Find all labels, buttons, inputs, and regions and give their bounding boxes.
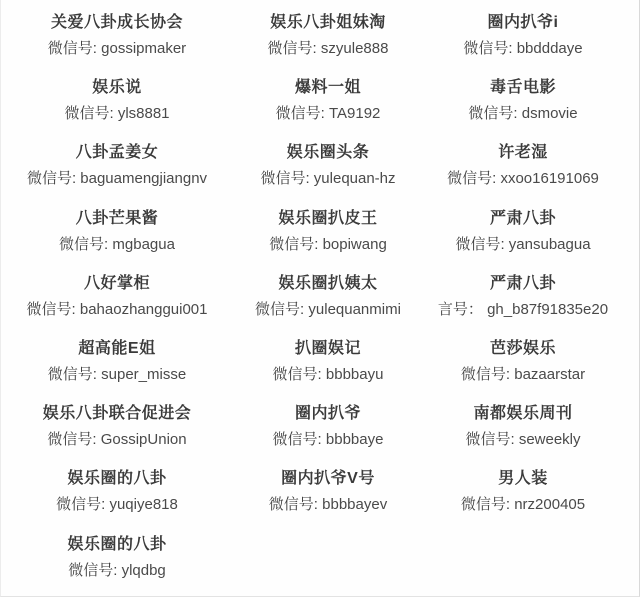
- account-name: 娱乐说: [1, 75, 233, 100]
- account-name: 南都娱乐周刊: [423, 401, 623, 426]
- account-entry: 八好掌柜微信号: bahaozhanggui001: [1, 271, 233, 336]
- wechat-label: 微信号:: [461, 496, 514, 513]
- account-wechat-line: 微信号: baguamengjiangnv: [1, 165, 233, 192]
- wechat-id-value: yls8881: [118, 105, 170, 122]
- account-wechat-line: 微信号: yulequan-hz: [233, 165, 423, 192]
- account-wechat-line: 微信号: TA9192: [233, 100, 423, 127]
- account-wechat-line: 微信号: nrz200405: [423, 491, 623, 518]
- account-entry: 许老湿微信号: xxoo16191069: [423, 140, 623, 205]
- wechat-label: 微信号:: [276, 105, 329, 122]
- wechat-id-value: GossipUnion: [101, 431, 187, 448]
- account-entry: 娱乐八卦联合促进会微信号: GossipUnion: [1, 401, 233, 466]
- wechat-id-value: seweekly: [519, 431, 581, 448]
- wechat-id-value: gossipmaker: [101, 40, 186, 57]
- wechat-label: 微信号:: [64, 105, 117, 122]
- account-wechat-line: 微信号: szyule888: [233, 35, 423, 62]
- wechat-id-value: super_misse: [101, 366, 186, 383]
- account-entry: 严肃八卦微信号: yansubagua: [423, 206, 623, 271]
- account-name: 娱乐圈的八卦: [1, 466, 233, 491]
- wechat-label: 微信号:: [273, 431, 326, 448]
- accounts-column-1: 关爱八卦成长协会微信号: gossipmaker娱乐说微信号: yls8881八…: [1, 10, 233, 597]
- account-name: 爆料一姐: [233, 75, 423, 100]
- account-entry: 圈内扒爷微信号: bbbbaye: [233, 401, 423, 466]
- account-wechat-line: 微信号: bbbbayev: [233, 491, 423, 518]
- account-wechat-line: 微信号: bbbbayu: [233, 361, 423, 388]
- wechat-id-value: bazaarstar: [514, 366, 585, 383]
- account-wechat-line: 微信号: dsmovie: [423, 100, 623, 127]
- account-entry: 娱乐圈扒姨太微信号: yulequanmimi: [233, 271, 423, 336]
- account-entry: 八卦芒果酱微信号: mgbagua: [1, 206, 233, 271]
- account-wechat-line: 微信号: yuqiye818: [1, 491, 233, 518]
- account-name: 八卦孟姜女: [1, 140, 233, 165]
- wechat-label: 微信号:: [255, 301, 308, 318]
- wechat-label: 微信号:: [48, 40, 101, 57]
- wechat-id-value: yulequan-hz: [314, 170, 396, 187]
- account-entry: 爆料一姐微信号: TA9192: [233, 75, 423, 140]
- wechat-id-value: bbdddaye: [517, 40, 583, 57]
- account-name: 严肃八卦: [423, 271, 623, 296]
- account-wechat-line: 微信号: xxoo16191069: [423, 165, 623, 192]
- wechat-label: 微信号:: [27, 170, 80, 187]
- account-entry: 芭莎娱乐微信号: bazaarstar: [423, 336, 623, 401]
- account-entry: 娱乐圈的八卦微信号: yuqiye818: [1, 466, 233, 531]
- wechat-id-value: yansubagua: [509, 236, 591, 253]
- account-name: 芭莎娱乐: [423, 336, 623, 361]
- wechat-id-value: yulequanmimi: [308, 301, 401, 318]
- account-wechat-line: 微信号: yls8881: [1, 100, 233, 127]
- wechat-id-value: szyule888: [321, 40, 389, 57]
- account-wechat-line: 微信号: super_misse: [1, 361, 233, 388]
- wechat-id-value: bbbbayev: [322, 496, 387, 513]
- account-name: 扒圈娱记: [233, 336, 423, 361]
- wechat-id-value: nrz200405: [514, 496, 585, 513]
- wechat-label: 微信号:: [455, 236, 508, 253]
- account-name: 男人装: [423, 466, 623, 491]
- wechat-label: 微信号:: [68, 562, 121, 579]
- wechat-id-value: bahaozhanggui001: [80, 301, 208, 318]
- wechat-id-value: baguamengjiangnv: [80, 170, 207, 187]
- wechat-label: 微信号:: [47, 431, 100, 448]
- account-name: 严肃八卦: [423, 206, 623, 231]
- account-entry: 娱乐圈扒皮王微信号: bopiwang: [233, 206, 423, 271]
- wechat-id-value: mgbagua: [112, 236, 175, 253]
- account-name: 圈内扒爷V号: [233, 466, 423, 491]
- account-wechat-line: 微信号: mgbagua: [1, 231, 233, 258]
- account-entry: 圈内扒爷i微信号: bbdddaye: [423, 10, 623, 75]
- wechat-label: 微信号:: [463, 40, 516, 57]
- account-wechat-line: 微信号: bahaozhanggui001: [1, 296, 233, 323]
- account-entry: 八卦孟姜女微信号: baguamengjiangnv: [1, 140, 233, 205]
- wechat-id-value: bbbbayu: [326, 366, 384, 383]
- account-name: 许老湿: [423, 140, 623, 165]
- account-name: 娱乐圈的八卦: [1, 532, 233, 557]
- account-name: 八卦芒果酱: [1, 206, 233, 231]
- account-wechat-line: 微信号: yulequanmimi: [233, 296, 423, 323]
- account-entry: 毒舌电影微信号: dsmovie: [423, 75, 623, 140]
- account-entry: 娱乐圈的八卦微信号: ylqdbg: [1, 532, 233, 597]
- wechat-label: 微信号:: [48, 366, 101, 383]
- account-name: 娱乐圈扒姨太: [233, 271, 423, 296]
- account-name: 娱乐八卦姐妹淘: [233, 10, 423, 35]
- wechat-id-value: gh_b87f91835e20: [487, 301, 608, 318]
- account-name: 圈内扒爷i: [423, 10, 623, 35]
- account-entry: 南都娱乐周刊微信号: seweekly: [423, 401, 623, 466]
- account-entry: 娱乐说微信号: yls8881: [1, 75, 233, 140]
- account-wechat-line: 微信号: gossipmaker: [1, 35, 233, 62]
- wechat-id-value: bopiwang: [323, 236, 387, 253]
- account-wechat-line: 微信号: ylqdbg: [1, 557, 233, 584]
- wechat-label: 微信号:: [447, 170, 500, 187]
- accounts-grid: 关爱八卦成长协会微信号: gossipmaker娱乐说微信号: yls8881八…: [1, 0, 639, 597]
- account-wechat-line: 微信号: bbdddaye: [423, 35, 623, 62]
- account-wechat-line: 微信号: bazaarstar: [423, 361, 623, 388]
- account-entry: 娱乐八卦姐妹淘微信号: szyule888: [233, 10, 423, 75]
- wechat-id-value: yuqiye818: [109, 496, 177, 513]
- account-wechat-line: 微信号: bbbbaye: [233, 426, 423, 453]
- account-name: 娱乐圈头条: [233, 140, 423, 165]
- account-name: 超高能E姐: [1, 336, 233, 361]
- wechat-label: 微信号:: [465, 431, 518, 448]
- article-page: 关爱八卦成长协会微信号: gossipmaker娱乐说微信号: yls8881八…: [0, 0, 640, 597]
- wechat-id-value: bbbbaye: [326, 431, 384, 448]
- wechat-id-value: ylqdbg: [122, 562, 166, 579]
- accounts-column-2: 娱乐八卦姐妹淘微信号: szyule888爆料一姐微信号: TA9192娱乐圈头…: [233, 10, 423, 597]
- wechat-id-value: TA9192: [329, 105, 380, 122]
- account-name: 八好掌柜: [1, 271, 233, 296]
- account-entry: 严肃八卦言号： gh_b87f91835e20: [423, 271, 623, 336]
- account-entry: 超高能E姐微信号: super_misse: [1, 336, 233, 401]
- wechat-label: 微信号:: [273, 366, 326, 383]
- account-wechat-line: 言号： gh_b87f91835e20: [423, 296, 623, 323]
- wechat-label: 微信号:: [59, 236, 112, 253]
- account-entry: 娱乐圈头条微信号: yulequan-hz: [233, 140, 423, 205]
- account-wechat-line: 微信号: yansubagua: [423, 231, 623, 258]
- account-name: 娱乐八卦联合促进会: [1, 401, 233, 426]
- account-name: 圈内扒爷: [233, 401, 423, 426]
- account-wechat-line: 微信号: seweekly: [423, 426, 623, 453]
- wechat-label: 微信号:: [269, 496, 322, 513]
- account-name: 毒舌电影: [423, 75, 623, 100]
- account-wechat-line: 微信号: GossipUnion: [1, 426, 233, 453]
- account-entry: 男人装微信号: nrz200405: [423, 466, 623, 531]
- account-entry: 关爱八卦成长协会微信号: gossipmaker: [1, 10, 233, 75]
- wechat-label: 微信号:: [468, 105, 521, 122]
- account-name: 关爱八卦成长协会: [1, 10, 233, 35]
- account-wechat-line: 微信号: bopiwang: [233, 231, 423, 258]
- account-entry: 圈内扒爷V号微信号: bbbbayev: [233, 466, 423, 531]
- wechat-label: 微信号:: [269, 236, 322, 253]
- account-entry: 扒圈娱记微信号: bbbbayu: [233, 336, 423, 401]
- wechat-label: 微信号:: [260, 170, 313, 187]
- wechat-label: 微信号:: [268, 40, 321, 57]
- accounts-column-3: 圈内扒爷i微信号: bbdddaye毒舌电影微信号: dsmovie许老湿微信号…: [423, 10, 623, 597]
- wechat-label: 言号：: [438, 301, 487, 318]
- wechat-label: 微信号:: [56, 496, 109, 513]
- wechat-label: 微信号:: [27, 301, 80, 318]
- account-name: 娱乐圈扒皮王: [233, 206, 423, 231]
- wechat-id-value: dsmovie: [522, 105, 578, 122]
- wechat-id-value: xxoo16191069: [500, 170, 598, 187]
- wechat-label: 微信号:: [461, 366, 514, 383]
